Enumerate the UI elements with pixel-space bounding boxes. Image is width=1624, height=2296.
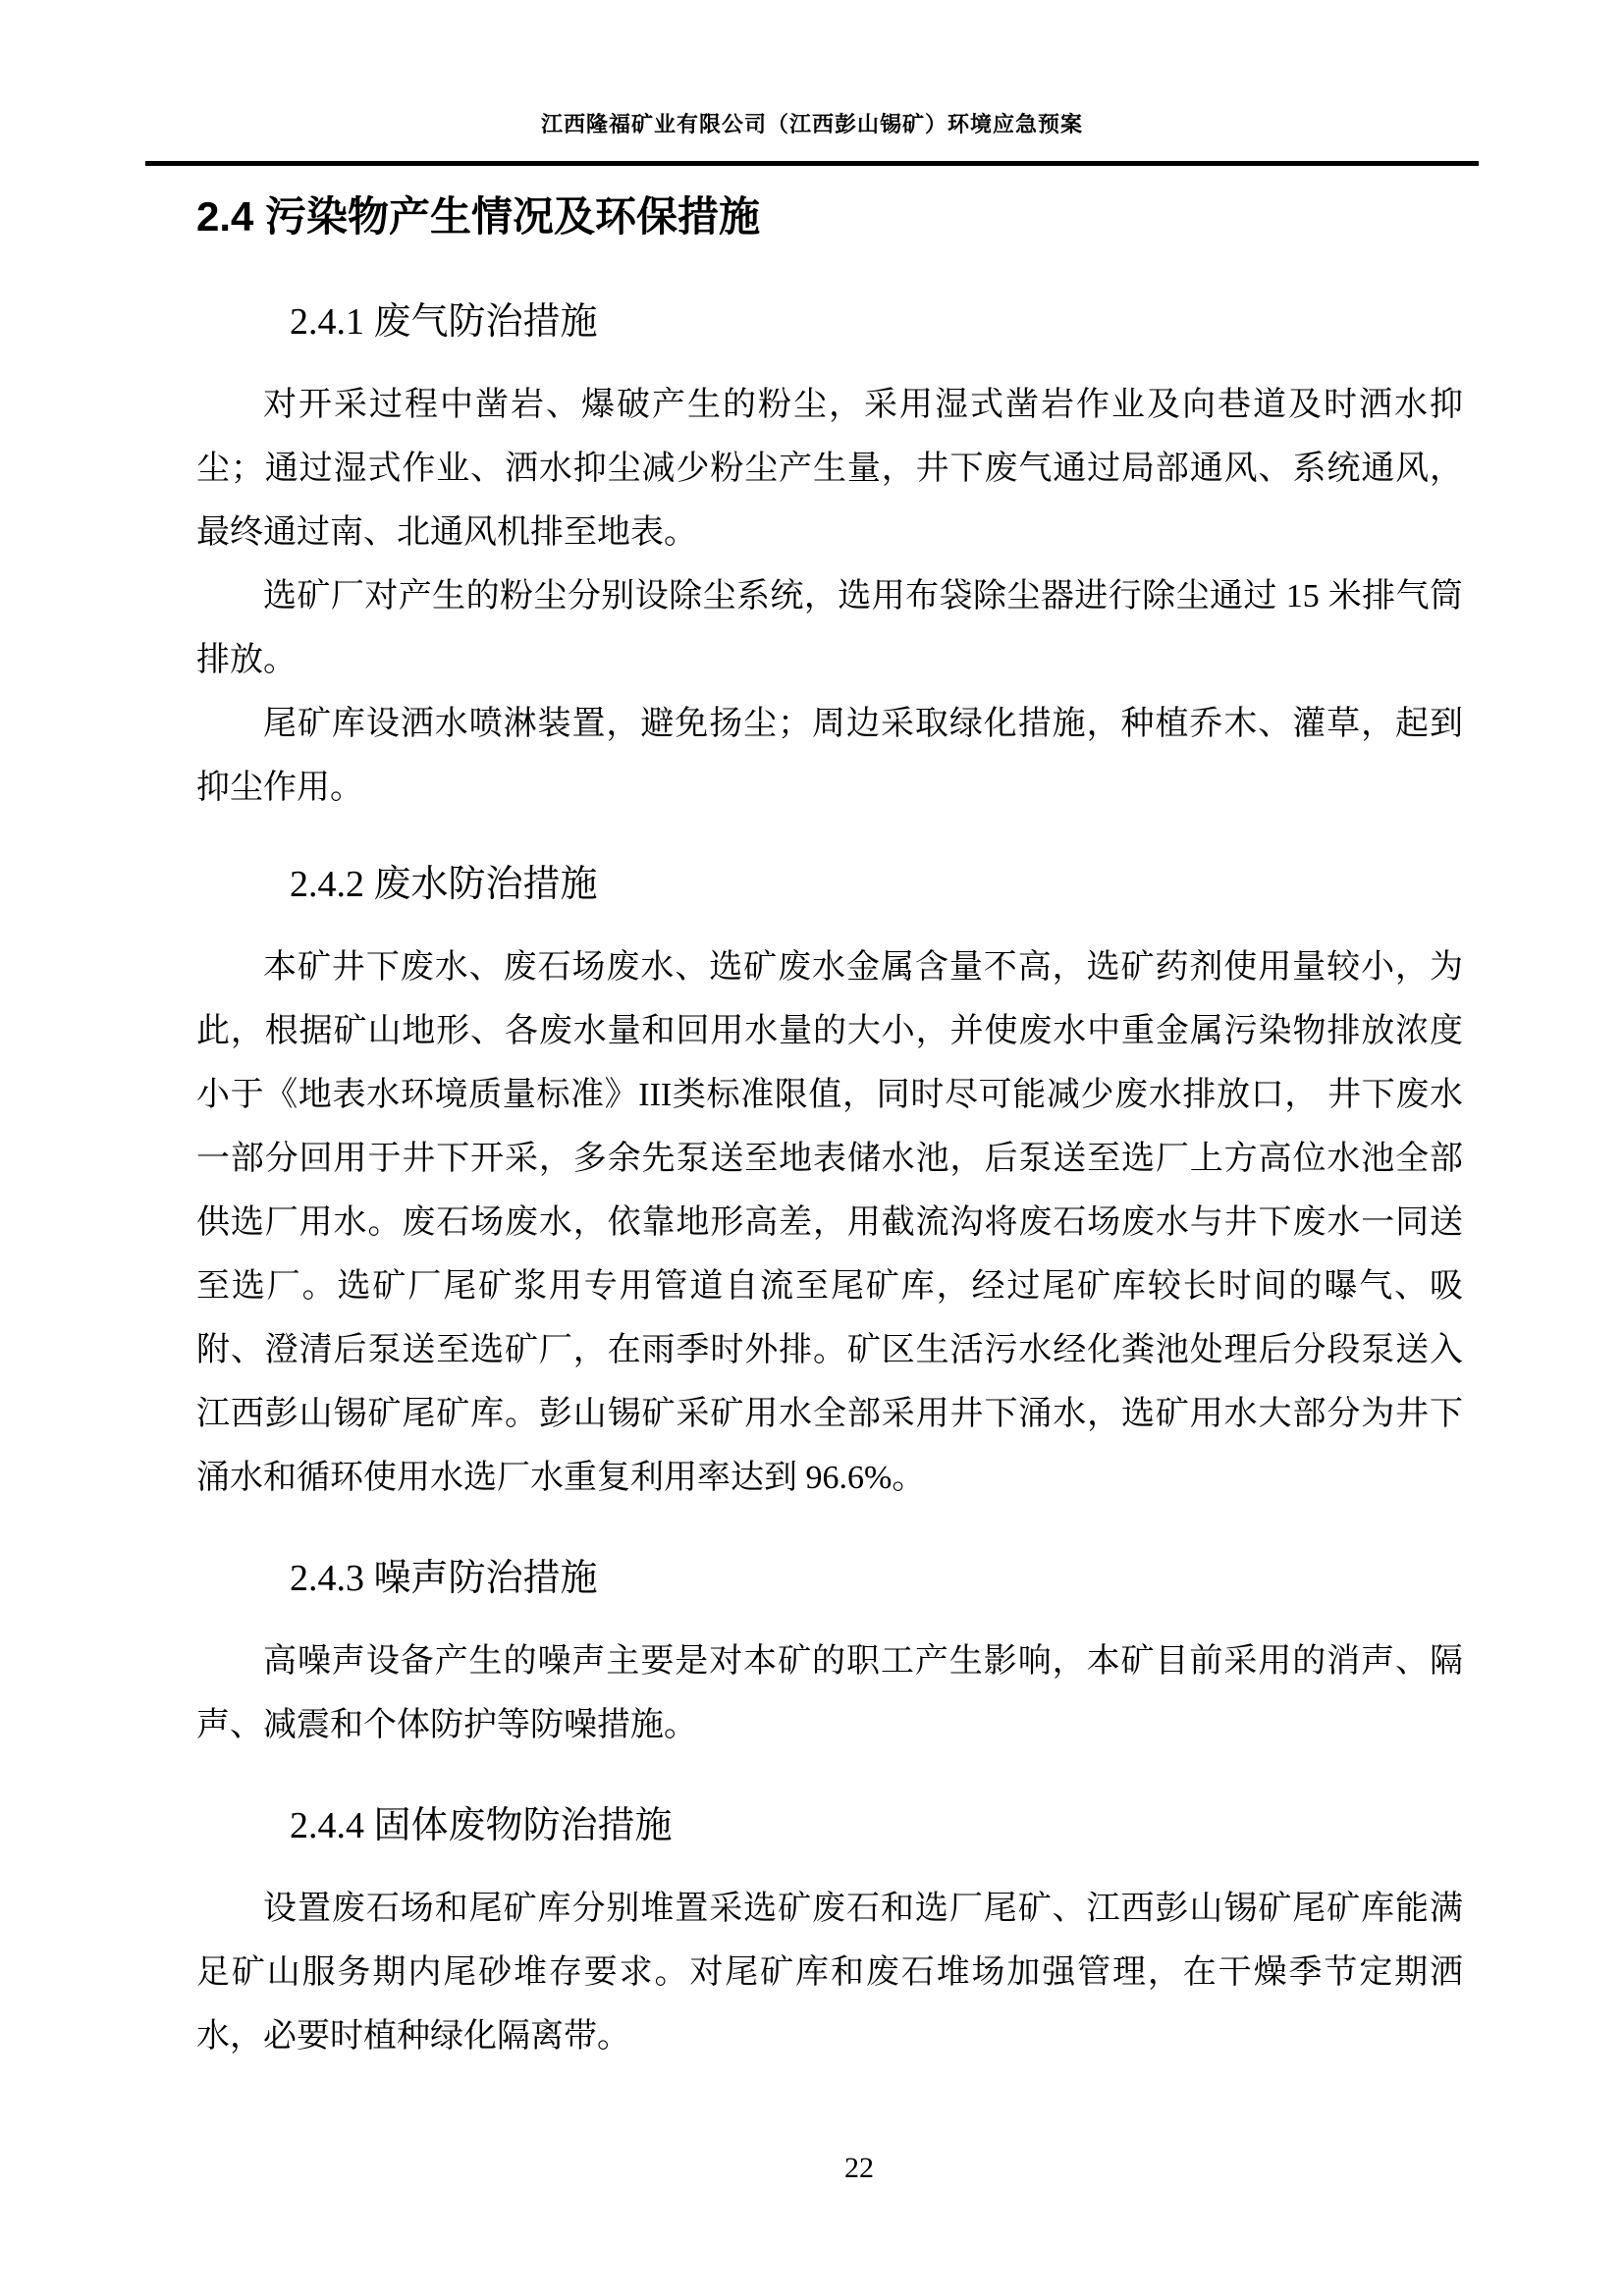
document-page: 江西隆福矿业有限公司（江西彭山锡矿）环境应急预案 2.4 污染物产生情况及环保措… bbox=[0, 0, 1624, 2296]
paragraph: 选矿厂对产生的粉尘分别设除尘系统，选用布袋除尘器进行除尘通过 15 米排气筒排放… bbox=[196, 564, 1463, 692]
subsection-heading-2-4-3: 2.4.3 噪声防治措施 bbox=[290, 1553, 1463, 1604]
subsection-heading-2-4-2: 2.4.2 废水防治措施 bbox=[290, 859, 1463, 910]
page-footer: 22 bbox=[196, 2152, 1463, 2185]
subsection-heading-2-4-4: 2.4.4 固体废物防治措施 bbox=[290, 1800, 1463, 1851]
paragraph: 设置废石场和尾矿库分别堆置采选矿废石和选厂尾矿、江西彭山锡矿尾矿库能满足矿山服务… bbox=[196, 1877, 1463, 2068]
paragraph: 尾矿库设洒水喷淋装置，避免扬尘；周边采取绿化措施，种植乔木、灌草，起到抑尘作用。 bbox=[196, 692, 1463, 820]
paragraph: 对开采过程中凿岩、爆破产生的粉尘，采用湿式凿岩作业及向巷道及时洒水抑尘；通过湿式… bbox=[196, 373, 1463, 564]
page-number: 22 bbox=[844, 2152, 874, 2184]
subsection-heading-2-4-1: 2.4.1 废气防治措施 bbox=[290, 296, 1463, 347]
paragraph: 本矿井下废水、废石场废水、选矿废水金属含量不高，选矿药剂使用量较小，为此，根据矿… bbox=[196, 935, 1463, 1510]
paragraph: 高噪声设备产生的噪声主要是对本矿的职工产生影响，本矿目前采用的消声、隔声、减震和… bbox=[196, 1629, 1463, 1757]
section-title: 2.4 污染物产生情况及环保措施 bbox=[196, 190, 1463, 243]
document-body: 2.4 污染物产生情况及环保措施 2.4.1 废气防治措施 对开采过程中凿岩、爆… bbox=[196, 0, 1463, 2068]
